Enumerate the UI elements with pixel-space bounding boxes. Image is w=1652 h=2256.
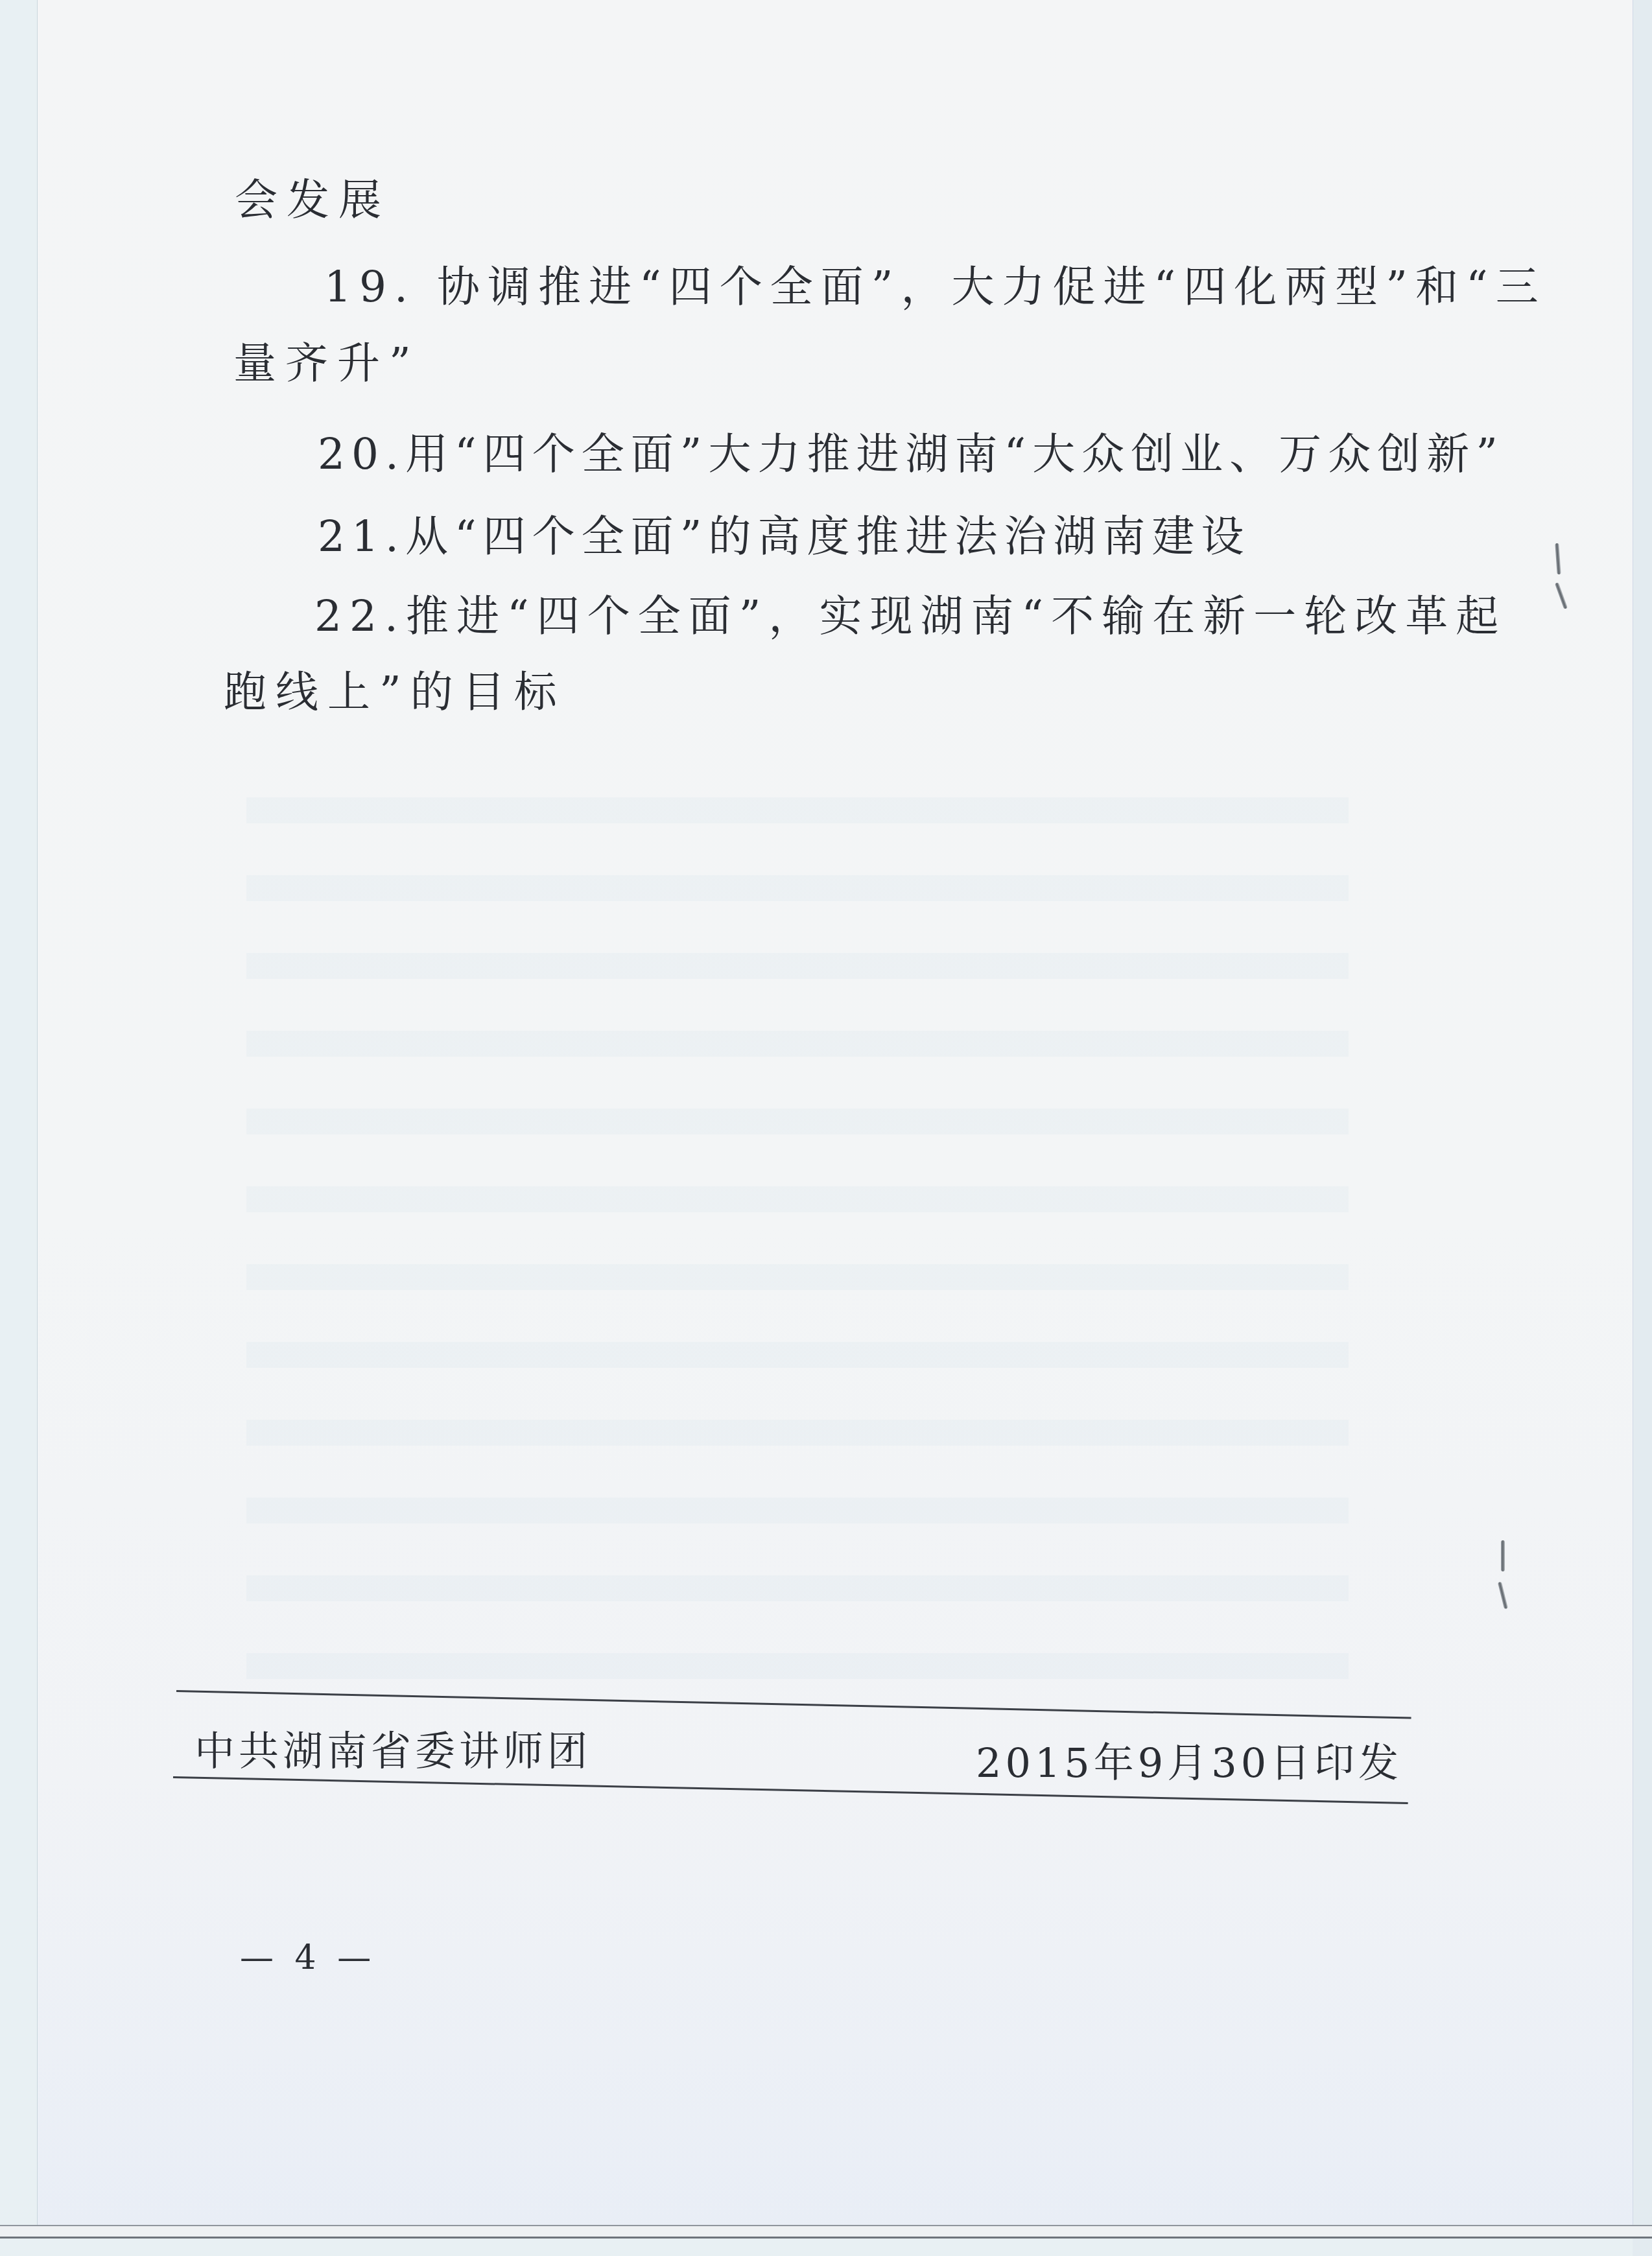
body-line-item-22: 22.推进“四个全面”，实现湖南“不输在新一轮改革起	[314, 595, 1506, 638]
underlying-page-edge	[1633, 0, 1652, 2256]
page-bottom-edge	[0, 2225, 1652, 2238]
body-line-item-19-cont: 量齐升”	[233, 342, 420, 385]
footer-issuer: 中共湖南省委讲师团	[195, 1719, 591, 1777]
page-number: — 4 —	[240, 1938, 376, 1977]
body-line-continuation: 会发展	[235, 179, 390, 222]
body-line-item-20: 20.用“四个全面”大力推进湖南“大众创业、万众创新”	[318, 433, 1504, 476]
document-page	[38, 0, 1633, 2225]
footer-print-date: 2015年9月30日印发	[976, 1731, 1402, 1789]
body-line-item-22-cont: 跑线上”的目标	[224, 671, 566, 714]
body-line-item-19: 19. 协调推进“四个全面”，大力促进“四化两型”和“三	[324, 266, 1546, 309]
body-line-item-21: 21.从“四个全面”的高度推进法治湖南建设	[318, 515, 1250, 558]
